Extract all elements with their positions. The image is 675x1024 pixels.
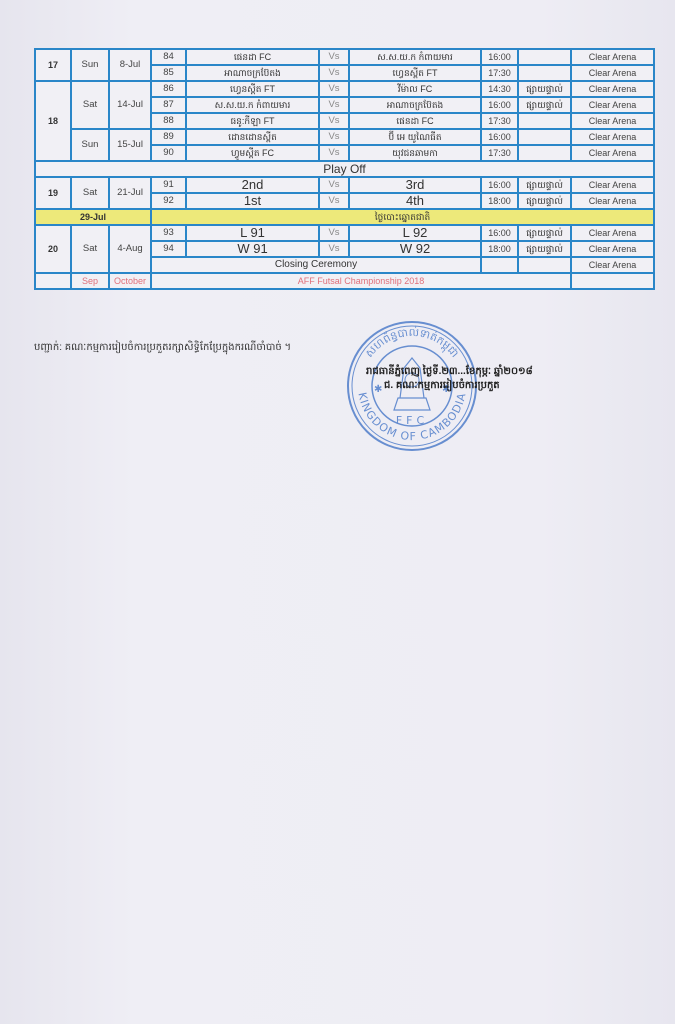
broadcast-note — [518, 65, 571, 81]
away-team: វីម៉ាល FC — [349, 81, 481, 97]
home-team: W 91 — [186, 241, 319, 257]
kickoff-time: 16:00 — [481, 177, 518, 193]
home-team: L 91 — [186, 225, 319, 241]
venue: Clear Arena — [571, 257, 654, 273]
date-cell: 14-Jul — [109, 81, 151, 129]
home-team: 1st — [186, 193, 319, 209]
home-team: 2nd — [186, 177, 319, 193]
table-row: 20 Sat 4-Aug 93 L 91 Vs L 92 16:00 ផ្សាយ… — [35, 225, 654, 241]
day-cell: Sat — [71, 225, 109, 273]
broadcast-note — [518, 145, 571, 161]
vs-label: Vs — [319, 241, 349, 257]
kickoff-time: 16:00 — [481, 129, 518, 145]
venue: Clear Arena — [571, 49, 654, 65]
away-team: L 92 — [349, 225, 481, 241]
broadcast-note — [518, 113, 571, 129]
venue: Clear Arena — [571, 241, 654, 257]
away-team: ហ្វេនស្ពីត FT — [349, 65, 481, 81]
away-team: 4th — [349, 193, 481, 209]
day-cell: Sun — [71, 129, 109, 161]
date-cell: 21-Jul — [109, 177, 151, 209]
kickoff-time: 17:30 — [481, 65, 518, 81]
stamp-top-text: សហព័ន្ធបាល់ទាត់កម្ពុជា — [363, 325, 462, 360]
kickoff-time: 16:00 — [481, 225, 518, 241]
holiday-label: ថ្ងៃបោះឆ្នោតជាតិ — [151, 209, 654, 225]
empty-cell — [518, 257, 571, 273]
home-team: ហ្វេនស្ពីត FT — [186, 81, 319, 97]
table-row: 18 Sat 14-Jul 86 ហ្វេនស្ពីត FT Vs វីម៉ាល… — [35, 81, 654, 97]
kickoff-time: 14:30 — [481, 81, 518, 97]
venue: Clear Arena — [571, 129, 654, 145]
vs-label: Vs — [319, 113, 349, 129]
vs-label: Vs — [319, 65, 349, 81]
vs-label: Vs — [319, 225, 349, 241]
date-cell: 15-Jul — [109, 129, 151, 161]
kickoff-time: 16:00 — [481, 97, 518, 113]
home-team: ធនូ:កីឡា FT — [186, 113, 319, 129]
kickoff-time: 17:30 — [481, 113, 518, 129]
day-cell: Sat — [71, 177, 109, 209]
match-schedule-table: 17 Sun 8-Jul 84 ផេនដា FC Vs ស.ស.យ.ក កំពា… — [34, 48, 655, 290]
table-row: Sun 15-Jul 89 ដោនដោនស្ពីត Vs ប៊ី អេ យូណៃ… — [35, 129, 654, 145]
home-team: ស.ស.យ.ក កំពាយមារ — [186, 97, 319, 113]
svg-text:សហព័ន្ធបាល់ទាត់កម្ពុជា: សហព័ន្ធបាល់ទាត់កម្ពុជា — [363, 325, 462, 360]
away-team: 3rd — [349, 177, 481, 193]
match-number: 90 — [151, 145, 186, 161]
holiday-row: 29-Jul ថ្ងៃបោះឆ្នោតជាតិ — [35, 209, 654, 225]
venue: Clear Arena — [571, 81, 654, 97]
broadcast-note: ផ្សាយផ្ទាល់ — [518, 177, 571, 193]
week-cell: 17 — [35, 49, 71, 81]
month-end: October — [109, 273, 151, 289]
empty-cell — [481, 257, 518, 273]
svg-text:✱: ✱ — [374, 384, 382, 395]
week-cell: 18 — [35, 81, 71, 161]
venue: Clear Arena — [571, 65, 654, 81]
home-team: ផេនដា FC — [186, 49, 319, 65]
broadcast-note: ផ្សាយផ្ទាល់ — [518, 241, 571, 257]
footnote: បញ្ជាក់: គណៈកម្មការរៀបចំការប្រកួតរក្សាសិ… — [34, 340, 291, 355]
match-number: 91 — [151, 177, 186, 193]
broadcast-note — [518, 49, 571, 65]
kickoff-time: 18:00 — [481, 193, 518, 209]
holiday-date: 29-Jul — [35, 209, 151, 225]
away-team: អាណាចក្រប៊ែតង — [349, 97, 481, 113]
signature-place-date: រាជធានីភ្នំពេញ ថ្ងៃទី.២៣...ខែកុម្ភៈ ឆ្នា… — [366, 364, 533, 379]
broadcast-note: ផ្សាយផ្ទាល់ — [518, 81, 571, 97]
stamp-center-text: FFC — [396, 414, 428, 427]
venue: Clear Arena — [571, 177, 654, 193]
empty-cell — [571, 273, 654, 289]
closing-ceremony-label: Closing Ceremony — [151, 257, 481, 273]
aff-championship-row: Sep October AFF Futsal Championship 2018 — [35, 273, 654, 289]
table-row: 19 Sat 21-Jul 91 2nd Vs 3rd 16:00 ផ្សាយផ… — [35, 177, 654, 193]
vs-label: Vs — [319, 177, 349, 193]
vs-label: Vs — [319, 49, 349, 65]
venue: Clear Arena — [571, 97, 654, 113]
home-team: ហ្វូមស្ពីត FC — [186, 145, 319, 161]
vs-label: Vs — [319, 81, 349, 97]
vs-label: Vs — [319, 193, 349, 209]
month-start: Sep — [71, 273, 109, 289]
match-number: 85 — [151, 65, 186, 81]
kickoff-time: 18:00 — [481, 241, 518, 257]
match-number: 89 — [151, 129, 186, 145]
venue: Clear Arena — [571, 225, 654, 241]
away-team: យុវជនឆាមកា — [349, 145, 481, 161]
date-cell: 4-Aug — [109, 225, 151, 273]
home-team: អាណាចក្រប៊ែតង — [186, 65, 319, 81]
match-number: 84 — [151, 49, 186, 65]
venue: Clear Arena — [571, 113, 654, 129]
match-number: 86 — [151, 81, 186, 97]
broadcast-note: ផ្សាយផ្ទាល់ — [518, 225, 571, 241]
date-cell: 8-Jul — [109, 49, 151, 81]
empty-cell — [35, 273, 71, 289]
vs-label: Vs — [319, 145, 349, 161]
match-number: 94 — [151, 241, 186, 257]
away-team: ប៊ី អេ យូណៃធីត — [349, 129, 481, 145]
kickoff-time: 17:30 — [481, 145, 518, 161]
week-cell: 20 — [35, 225, 71, 273]
aff-championship-label: AFF Futsal Championship 2018 — [151, 273, 571, 289]
kickoff-time: 16:00 — [481, 49, 518, 65]
away-team: W 92 — [349, 241, 481, 257]
week-cell: 19 — [35, 177, 71, 209]
day-cell: Sat — [71, 81, 109, 129]
match-number: 87 — [151, 97, 186, 113]
venue: Clear Arena — [571, 193, 654, 209]
vs-label: Vs — [319, 129, 349, 145]
vs-label: Vs — [319, 97, 349, 113]
day-cell: Sun — [71, 49, 109, 81]
match-number: 92 — [151, 193, 186, 209]
home-team: ដោនដោនស្ពីត — [186, 129, 319, 145]
broadcast-note: ផ្សាយផ្ទាល់ — [518, 193, 571, 209]
match-number: 88 — [151, 113, 186, 129]
match-number: 93 — [151, 225, 186, 241]
venue: Clear Arena — [571, 145, 654, 161]
table-row: 17 Sun 8-Jul 84 ផេនដា FC Vs ស.ស.យ.ក កំពា… — [35, 49, 654, 65]
away-team: ស.ស.យ.ក កំពាយមារ — [349, 49, 481, 65]
signature-organizer: ជ. គណៈកម្មការរៀបចំការប្រកួត — [384, 378, 500, 393]
broadcast-note: ផ្សាយផ្ទាល់ — [518, 97, 571, 113]
away-team: ផេនដា FC — [349, 113, 481, 129]
playoff-heading-row: Play Off — [35, 161, 654, 177]
playoff-heading: Play Off — [35, 161, 654, 177]
broadcast-note — [518, 129, 571, 145]
